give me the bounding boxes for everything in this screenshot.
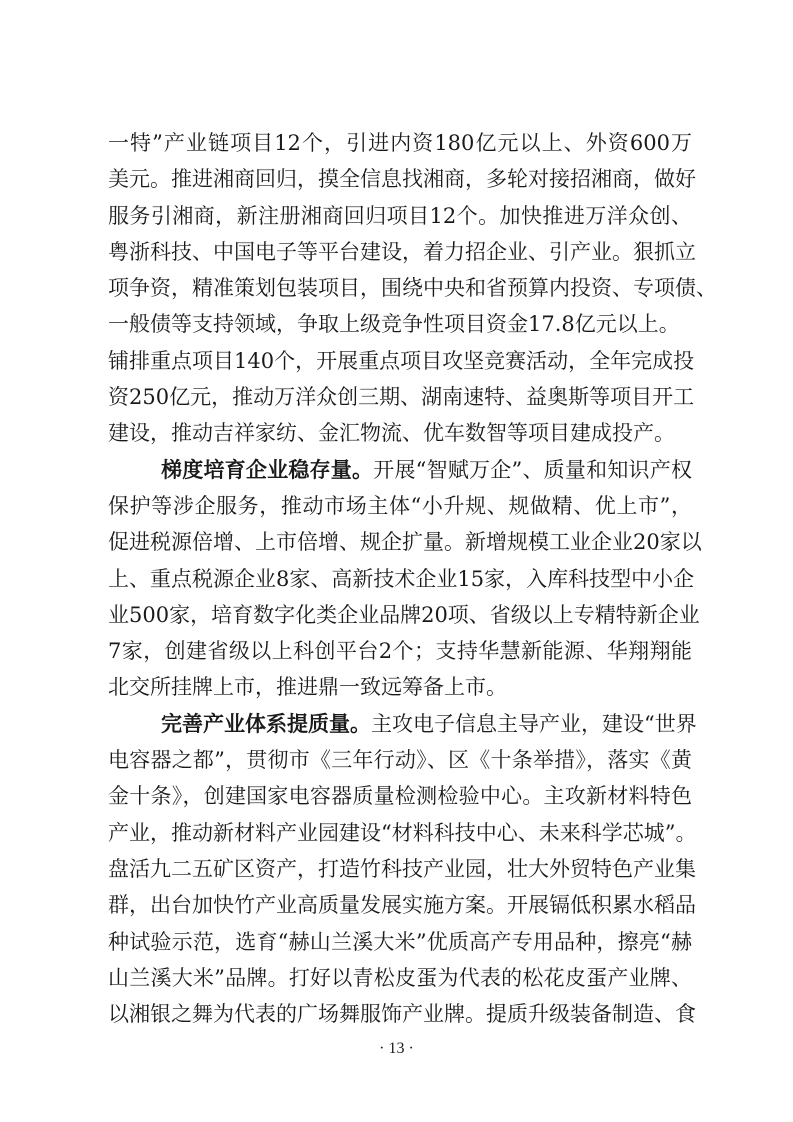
text-line: 金十条》，创建国家电容器质量检测检验中心。主攻新材料特色: [108, 778, 692, 814]
paragraph-heading: 梯度培育企业稳存量。: [161, 458, 373, 482]
text-line: 种试验示范，选育“赫山兰溪大米”优质高产专用品种，擦亮“赫: [108, 924, 692, 960]
text-line: 7家，创建省级以上科创平台2个；支持华慧新能源、华翔翔能: [108, 633, 692, 669]
paragraph-first-line: 完善产业体系提质量。主攻电子信息主导产业，建设“世界: [108, 706, 692, 742]
paragraph-industry: 完善产业体系提质量。主攻电子信息主导产业，建设“世界 电容器之都”，贯彻市《三年…: [108, 706, 692, 1033]
text-line: 一特”产业链项目12个，引进内资180亿元以上、外资600万: [108, 125, 692, 161]
text-line: 山兰溪大米”品牌。打好以青松皮蛋为代表的松花皮蛋产业牌、: [108, 960, 692, 996]
paragraph-heading: 完善产业体系提质量。: [161, 712, 371, 736]
text-line: 电容器之都”，贯彻市《三年行动》、区《十条举措》，落实《黄: [108, 742, 692, 778]
document-body: 一特”产业链项目12个，引进内资180亿元以上、外资600万 美元。推进湘商回归…: [108, 125, 692, 1032]
text-line: 资250亿元，推动万洋众创三期、湖南速特、益奥斯等项目开工: [108, 379, 692, 415]
document-page: 一特”产业链项目12个，引进内资180亿元以上、外资600万 美元。推进湘商回归…: [0, 0, 793, 1122]
text-line: 促进税源倍增、上市倍增、规企扩量。新增规模工业企业20家以: [108, 524, 692, 560]
text-line: 产业，推动新材料产业园建设“材料科技中心、未来科学芯城”。: [108, 815, 692, 851]
paragraph-enterprise: 梯度培育企业稳存量。开展“智赋万企”、质量和知识产权 保护等涉企服务，推动市场主…: [108, 452, 692, 706]
text-line: 业500家，培育数字化类企业品牌20项、省级以上专精特新企业: [108, 597, 692, 633]
text-line: 群，出台加快竹产业高质量发展实施方案。开展镉低积累水稻品: [108, 887, 692, 923]
text-line: 一般债等支持领域，争取上级竞争性项目资金17.8亿元以上。: [108, 306, 692, 342]
text-line: 铺排重点项目140个，开展重点项目攻坚竞赛活动，全年完成投: [108, 343, 692, 379]
text-line: 北交所挂牌上市，推进鼎一致远筹备上市。: [108, 669, 692, 705]
text-line: 粤浙科技、中国电子等平台建设，着力招企业、引产业。狠抓立: [108, 234, 692, 270]
text-line: 上、重点税源企业8家、高新技术企业15家，入库科技型中小企: [108, 561, 692, 597]
text-run: 主攻电子信息主导产业，建设“世界: [371, 712, 697, 736]
text-line: 盘活九二五矿区资产，打造竹科技产业园，壮大外贸特色产业集: [108, 851, 692, 887]
text-line: 美元。推进湘商回归，摸全信息找湘商，多轮对接招湘商，做好: [108, 161, 692, 197]
text-line: 服务引湘商，新注册湘商回归项目12个。加快推进万洋众创、: [108, 198, 692, 234]
paragraph-investment: 一特”产业链项目12个，引进内资180亿元以上、外资600万 美元。推进湘商回归…: [108, 125, 692, 452]
text-line: 建设，推动吉祥家纺、金汇物流、优车数智等项目建成投产。: [108, 415, 692, 451]
text-run: 开展“智赋万企”、质量和知识产权: [373, 458, 692, 482]
text-line: 保护等涉企服务，推动市场主体“小升规、规做精、优上市”，: [108, 488, 692, 524]
page-number: · 13 ·: [0, 1040, 793, 1058]
text-line: 项争资，精准策划包装项目，围绕中央和省预算内投资、专项债、: [108, 270, 692, 306]
paragraph-first-line: 梯度培育企业稳存量。开展“智赋万企”、质量和知识产权: [108, 452, 692, 488]
text-line: 以湘银之舞为代表的广场舞服饰产业牌。提质升级装备制造、食: [108, 996, 692, 1032]
